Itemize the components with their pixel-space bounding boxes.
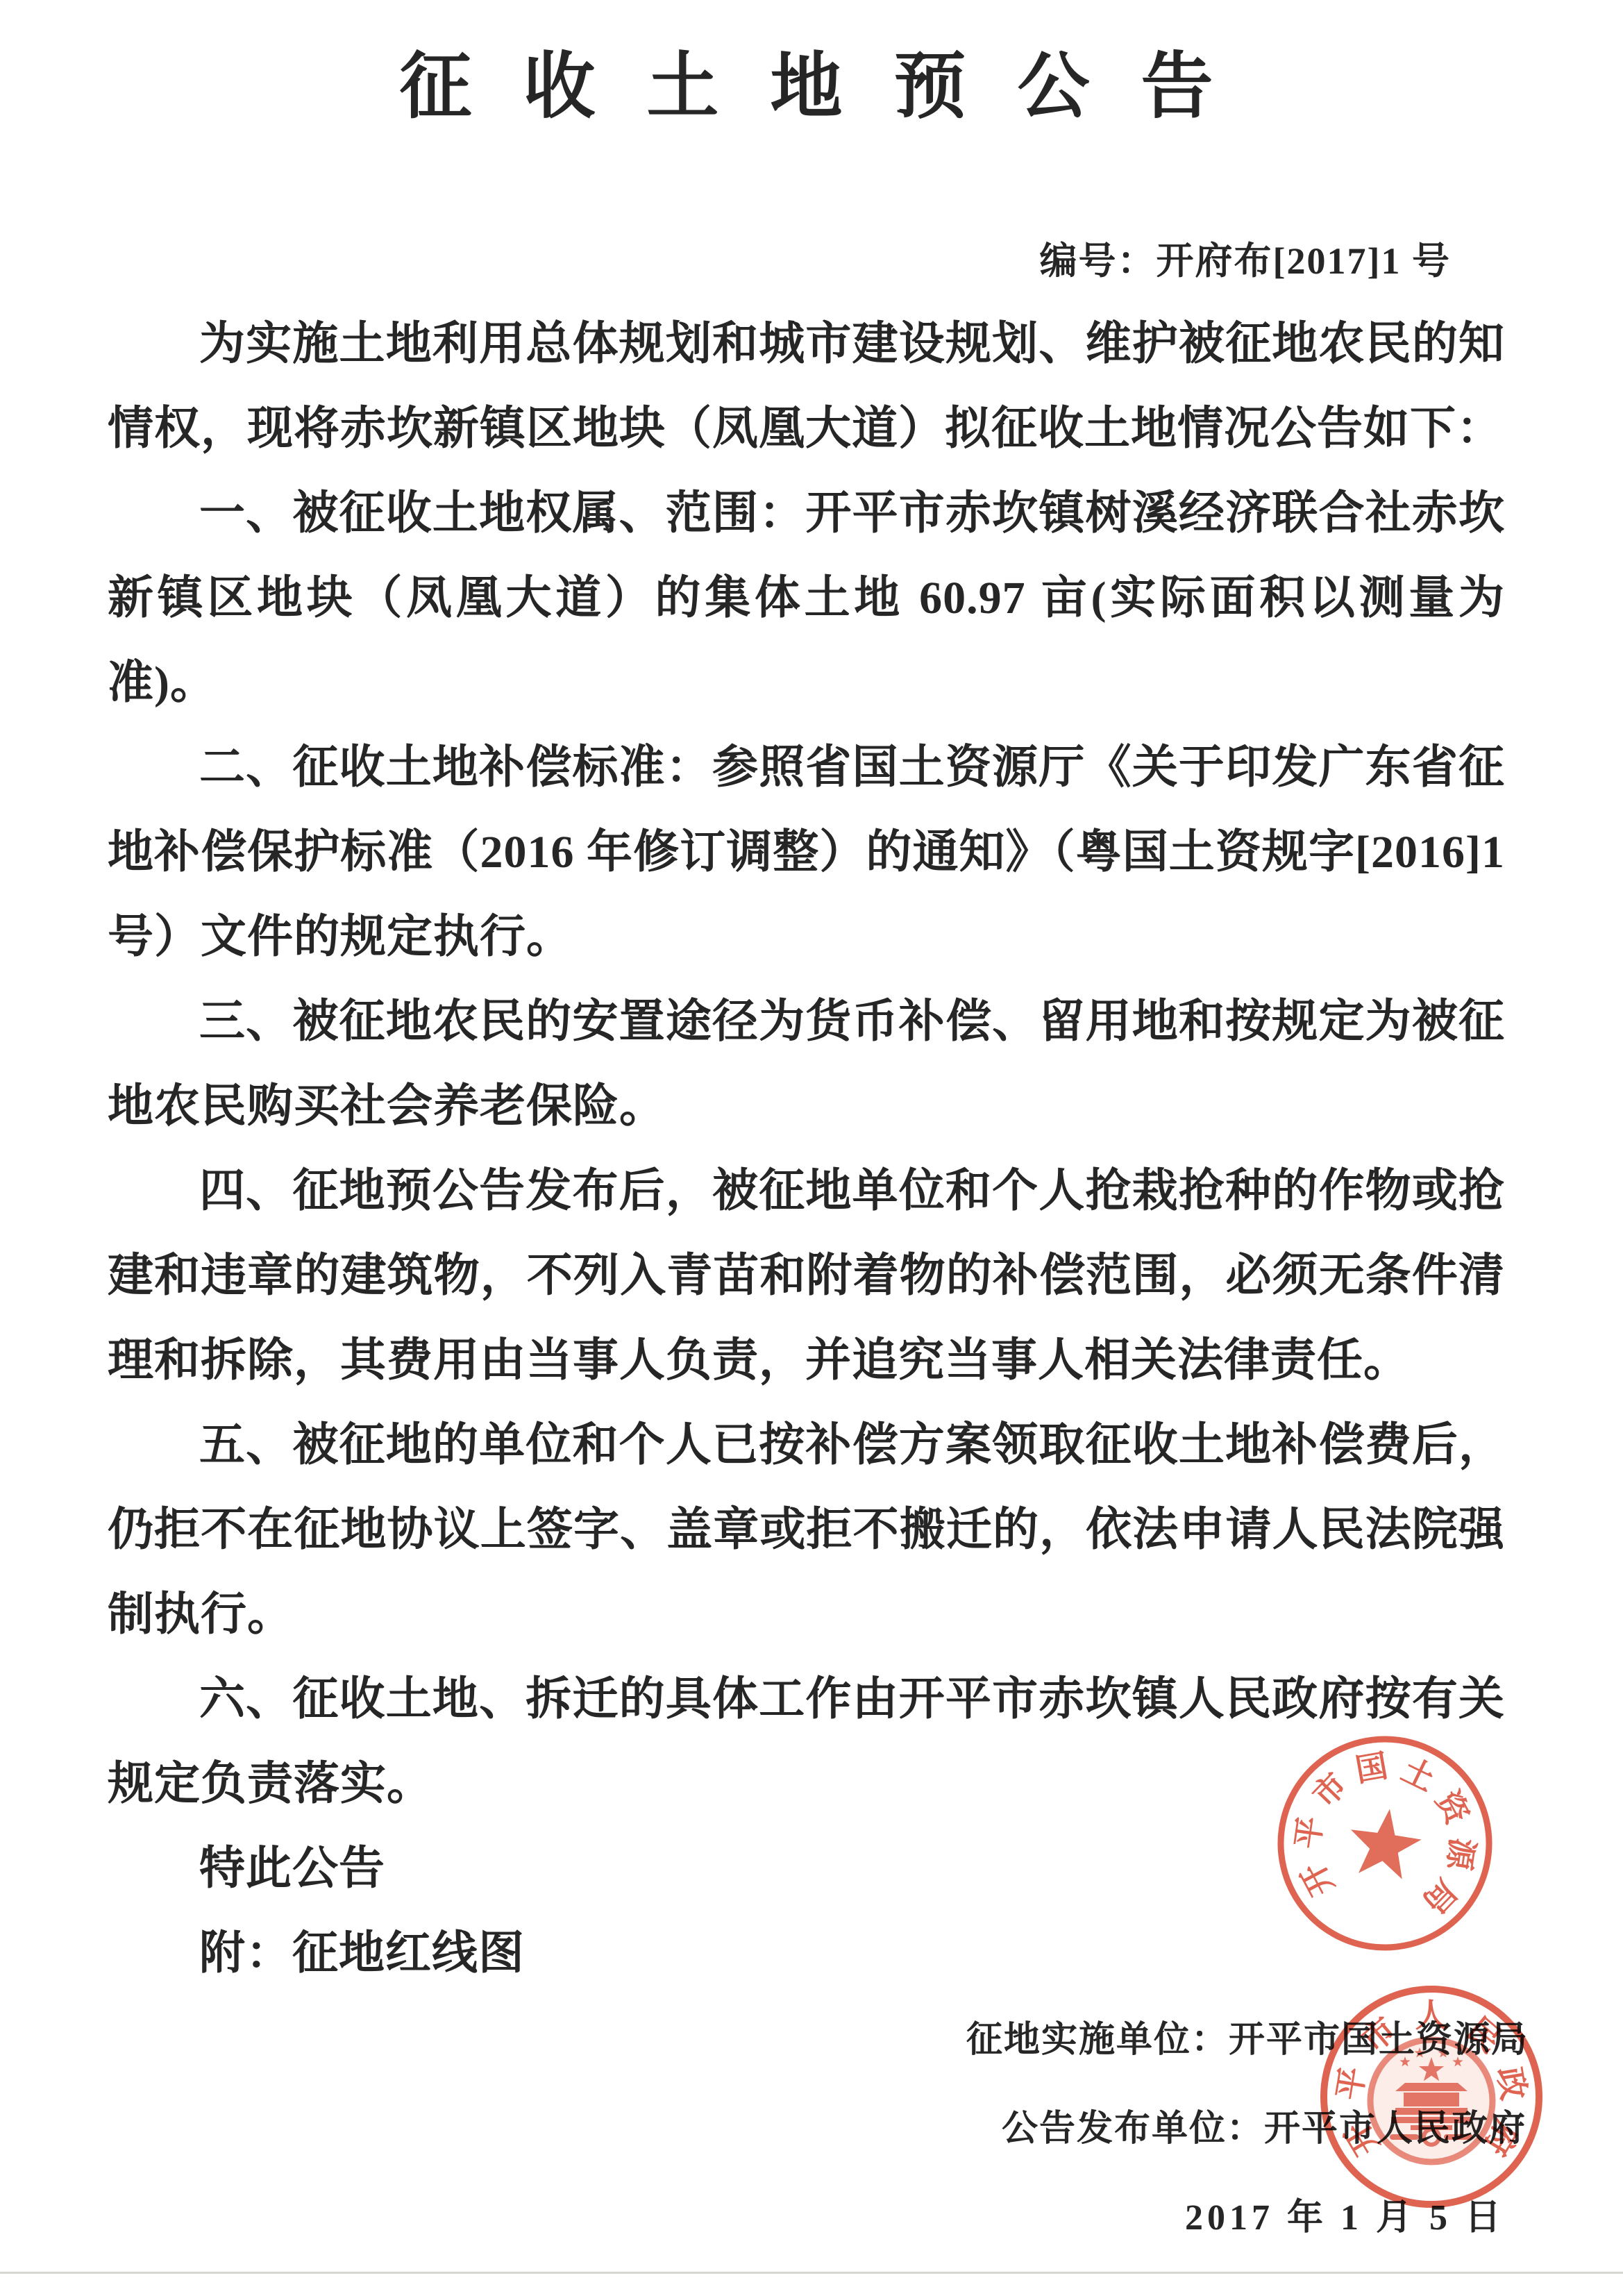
document-content: 征收土地预公告 编号：开府布[2017]1 号 为实施土地利用总体规划和城市建设… [0, 0, 1623, 2263]
paragraph: 三、被征地农民的安置途径为货币补偿、留用地和按规定为被征地农民购买社会养老保险。 [108, 980, 1505, 1149]
paragraph-closing: 特此公告 [108, 1827, 1505, 1911]
paragraph: 六、征收土地、拆迁的具体工作由开平市赤坎镇人民政府按有关规定负责落实。 [108, 1657, 1505, 1827]
document-body: 为实施土地利用总体规划和城市建设规划、维护被征地农民的知情权，现将赤坎新镇区地块… [108, 302, 1505, 1996]
paragraph: 二、征收土地补偿标准：参照省国土资源厅《关于印发广东省征地补偿保护标准（2016… [108, 726, 1505, 980]
paragraph: 五、被征地的单位和个人已按补偿方案领取征收土地补偿费后，仍拒不在征地协议上签字、… [108, 1403, 1505, 1657]
paragraph: 一、被征收土地权属、范围：开平市赤坎镇树溪经济联合社赤坎新镇区地块（凤凰大道）的… [108, 471, 1505, 726]
scan-edge-line [0, 2272, 1623, 2274]
paragraph: 四、征地预公告发布后，被征地单位和个人抢栽抢种的作物或抢建和违章的建筑物，不列入… [108, 1149, 1505, 1403]
paragraph: 为实施土地利用总体规划和城市建设规划、维护被征地农民的知情权，现将赤坎新镇区地块… [108, 302, 1505, 471]
signature-block: 征地实施单位：开平市国土资源局 公告发布单位：开平市人民政府 2017 年 1 … [108, 1996, 1505, 2263]
page-title: 征收土地预公告 [108, 40, 1505, 134]
date-line: 2017 年 1 月 5 日 [108, 2174, 1505, 2263]
implementing-unit-line: 征地实施单位：开平市国土资源局 [108, 1996, 1529, 2085]
announcement-page: 征收土地预公告 编号：开府布[2017]1 号 为实施土地利用总体规划和城市建设… [0, 0, 1623, 2296]
document-number: 编号：开府布[2017]1 号 [108, 237, 1505, 285]
paragraph-attachment: 附：征地红线图 [108, 1911, 1505, 1996]
issuing-unit-line: 公告发布单位：开平市人民政府 [108, 2085, 1527, 2174]
